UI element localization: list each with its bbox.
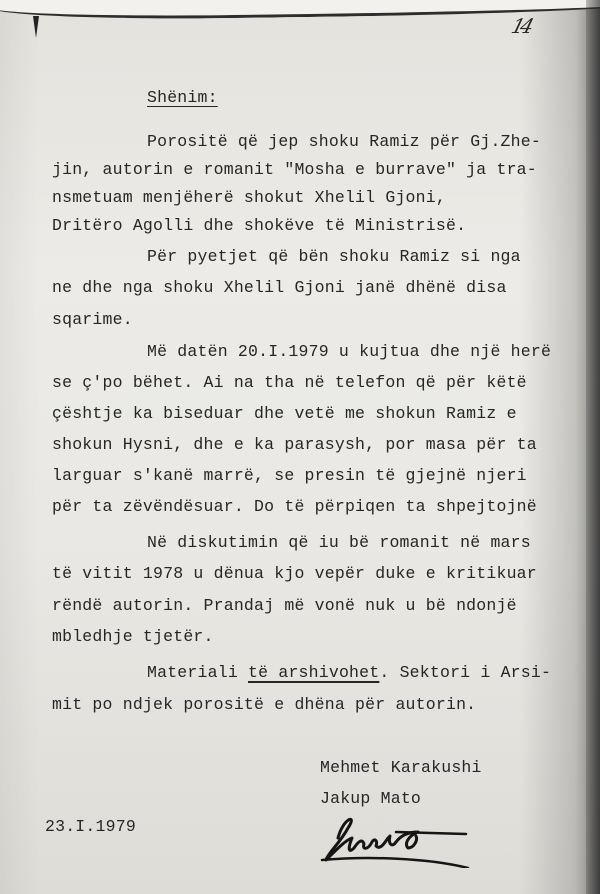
paragraph-3-line-3: çështje ka biseduar dhe vetë me shokun R… (52, 404, 517, 423)
document-date: 23.I.1979 (45, 817, 136, 836)
signatory-1: Mehmet Karakushi (320, 758, 482, 777)
paragraph-1-line-1: Porositë që jep shoku Ramiz për Gj.Zhe- (147, 132, 541, 151)
paper-top-edge (0, 0, 600, 21)
handwritten-signature (318, 808, 478, 868)
paragraph-3-line-6: për ta zëvëndësuar. Do të përpiqen ta sh… (52, 497, 537, 516)
paragraph-2-line-2: ne dhe nga shoku Xhelil Gjoni janë dhënë… (52, 278, 507, 297)
scan-shadow-edge (586, 0, 600, 894)
margin-mark (33, 16, 39, 38)
paragraph-1-line-2: jin, autorin e romanit "Mosha e burrave"… (52, 160, 537, 179)
paragraph-5-line-2: mit po ndjek porositë e dhëna për autori… (52, 695, 476, 714)
paragraph-4-line-1: Në diskutimin që iu bë romanit në mars (147, 533, 531, 552)
paragraph-1-line-4: Dritëro Agolli dhe shokëve të Ministrisë… (52, 216, 466, 235)
paragraph-3-line-2: se ç'po bëhet. Ai na tha në telefon që p… (52, 373, 527, 392)
handwritten-page-number: 14 (509, 14, 533, 38)
paragraph-2-line-1: Për pyetjet që bën shoku Ramiz si nga (147, 247, 521, 266)
paragraph-2-line-3: sqarime. (52, 310, 133, 329)
paragraph-4-line-2: të vitit 1978 u dënua kjo vepër duke e k… (52, 564, 537, 583)
document-page: 14 Shënim: Porositë që jep shoku Ramiz p… (0, 0, 600, 894)
paragraph-5-text-after: . Sektori i Arsi- (379, 663, 551, 682)
paragraph-3-line-5: larguar s'kanë marrë, se presin të gjejn… (52, 466, 527, 485)
archive-instruction: të arshivohet (248, 663, 379, 682)
paragraph-5-line-1: Materiali të arshivohet. Sektori i Arsi- (147, 663, 551, 682)
signatory-2: Jakup Mato (320, 789, 421, 808)
paragraph-3-line-1: Më datën 20.I.1979 u kujtua dhe një herë (147, 342, 551, 361)
note-heading: Shënim: (147, 88, 218, 107)
paragraph-1-line-3: nsmetuam menjëherë shokut Xhelil Gjoni, (52, 188, 446, 207)
paragraph-5-text-before: Materiali (147, 663, 248, 682)
paragraph-3-line-4: shokun Hysni, dhe e ka parasysh, por mas… (52, 435, 537, 454)
paragraph-4-line-4: mbledhje tjetër. (52, 627, 214, 646)
paragraph-4-line-3: rëndë autorin. Prandaj më vonë nuk u bë … (52, 596, 517, 615)
